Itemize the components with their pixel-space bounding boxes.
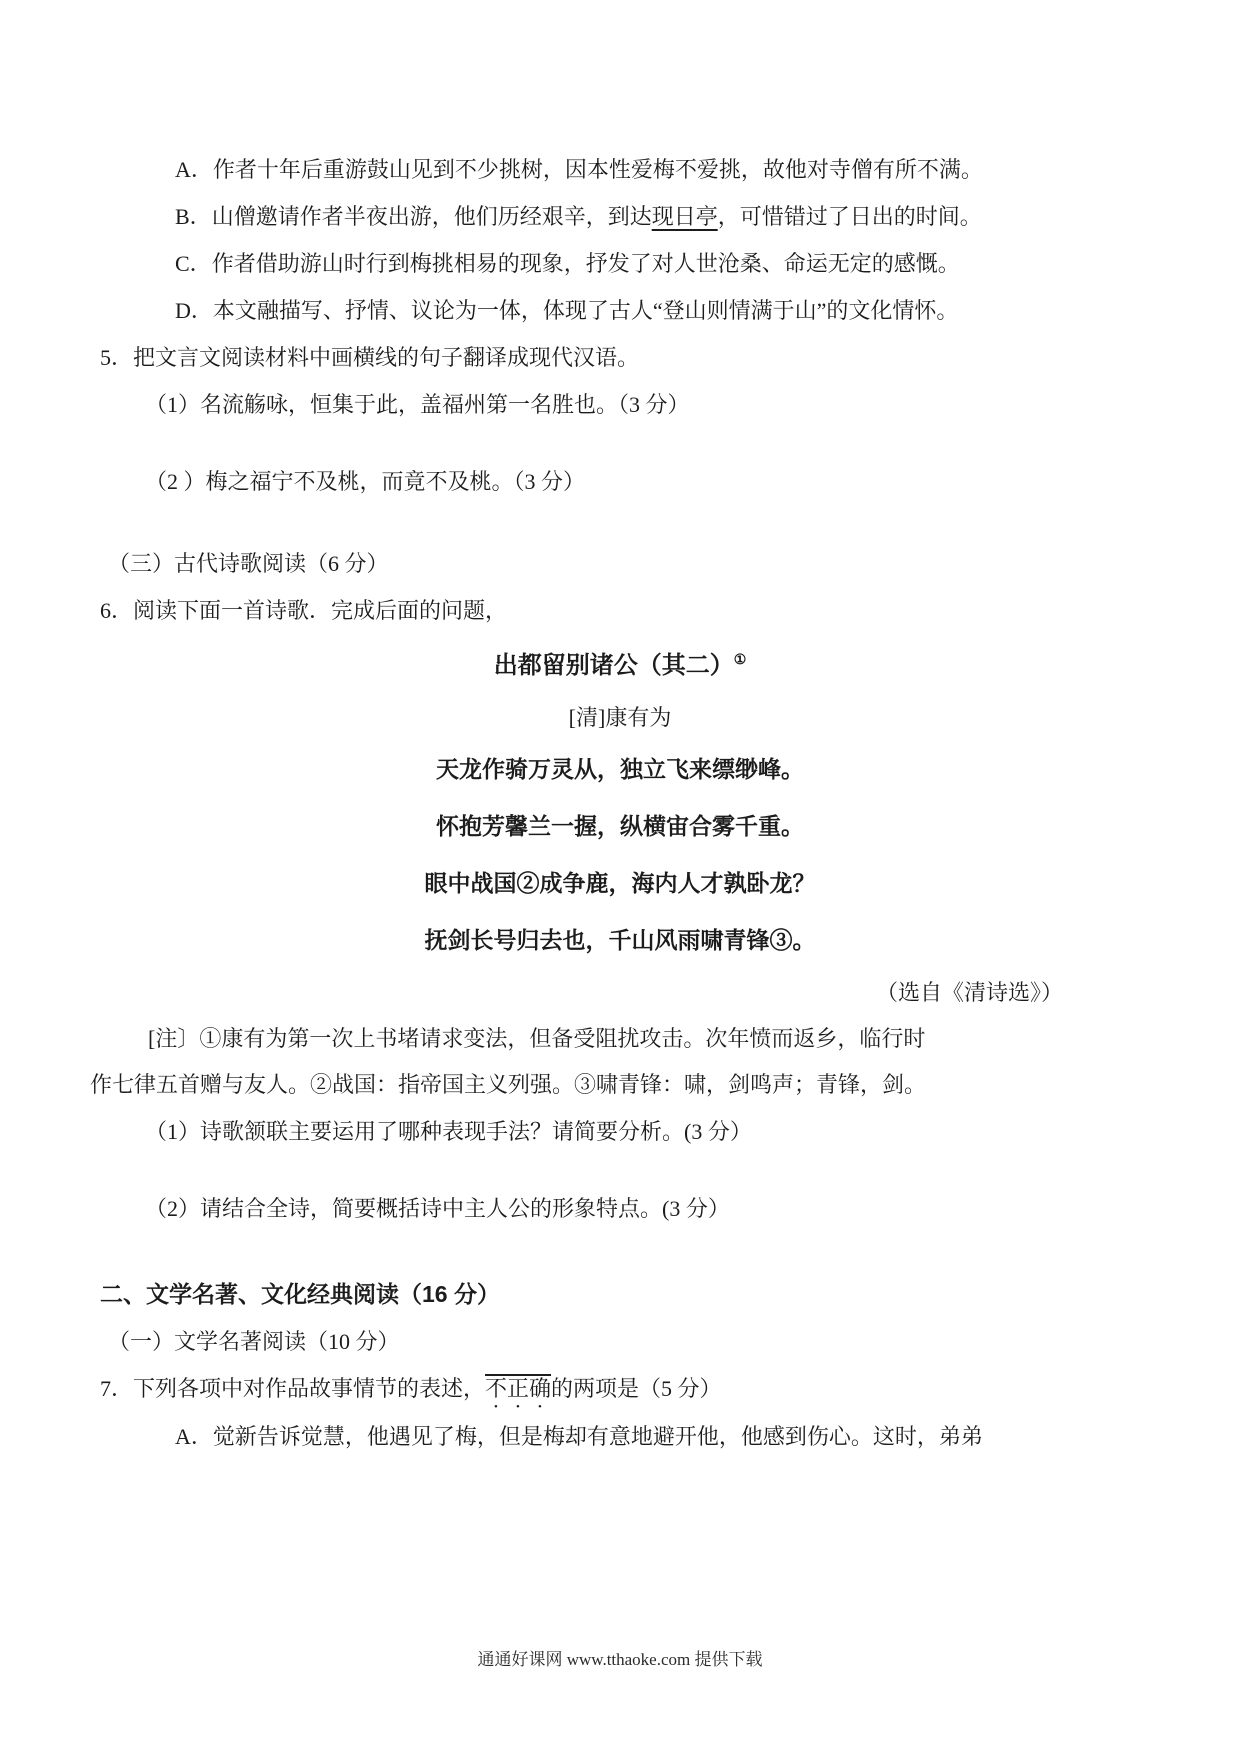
poem-title: 出都留别诸公（其二）① [100,636,1140,689]
question-5-sub2: （2 ）梅之福宁不及桃，而竟不及桃。（3 分） [100,458,1140,505]
choice-c-label: C． [175,251,212,276]
poem-author: [清]康有为 [100,694,1140,741]
question-7-emphasized: 不正确 [485,1376,551,1401]
poem-line-3: 眼中战国②成争鹿，海内人才孰卧龙？ [100,855,1140,912]
choice-c: C．作者借助游山时行到梅挑相易的现象，抒发了对人世沧桑、命运无定的感慨。 [100,240,1140,287]
question-7-post: 的两项是（5 分） [551,1376,722,1401]
poem-line-1: 天龙作骑万灵从，独立飞来缥缈峰。 [100,741,1140,798]
choice-b-label: B． [175,204,212,229]
choice-a-label: A． [175,157,213,182]
exam-page: A．作者十年后重游鼓山见到不少挑树，因本性爱梅不爱挑，故他对寺僧有所不满。 B．… [0,0,1240,1460]
choice-b-text: 山僧邀请作者半夜出游，他们历经艰辛，到达 [212,204,652,229]
section-3-heading: （三）古代诗歌阅读（6 分） [100,540,1140,587]
poem-title-note-ref: ① [734,651,747,667]
poem-title-text: 出都留别诸公（其二） [494,652,734,679]
choice-d: D．本文融描写、抒情、议论为一体，体现了古人“登山则情满于山”的文化情怀。 [100,287,1140,334]
poem-line-4: 抚剑长号归去也，千山风雨啸青锋③。 [100,912,1140,969]
choice-b: B．山僧邀请作者半夜出游，他们历经艰辛，到达现日亭，可惜错过了日出的时间。 [100,193,1140,240]
choice-d-label: D． [175,298,213,323]
question-7-choice-a: A．觉新告诉觉慧，他遇见了梅，但是梅却有意地避开他，他感到伤心。这时，弟弟 [100,1413,1140,1460]
section-2-heading: 二、文学名著、文化经典阅读（16 分） [100,1270,1140,1318]
poem-note-line-2: 作七律五首赠与友人。②战国：指帝国主义列强。③啸青锋：啸，剑鸣声；青锋，剑。 [90,1062,1140,1108]
choice-a-text: 作者十年后重游鼓山见到不少挑树，因本性爱梅不爱挑，故他对寺僧有所不满。 [213,157,983,182]
choice-a: A．作者十年后重游鼓山见到不少挑树，因本性爱梅不爱挑，故他对寺僧有所不满。 [100,146,1140,193]
question-6-sub1: （1）诗歌颔联主要运用了哪种表现手法？请简要分析。(3 分） [100,1108,1140,1155]
question-5-sub1: （1）名流觞咏，恒集于此，盖福州第一名胜也。（3 分） [100,381,1140,428]
question-7-pre: 7．下列各项中对作品故事情节的表述， [100,1376,485,1401]
poem-line-2: 怀抱芳馨兰一握，纵横宙合雾千重。 [100,798,1140,855]
footer-text: 通通好课网 www.tthaoke.com 提供下载 [0,1645,1240,1670]
question-5: 5．把文言文阅读材料中画横线的句子翻译成现代汉语。 [100,334,1140,381]
poem-note-line-1: [注〕①康有为第一次上书堵请求变法，但备受阻扰攻击。次年愤而返乡，临行时 [100,1016,1140,1062]
choice-b-text-post: ，可惜错过了日出的时间。 [718,204,982,229]
question-6: 6．阅读下面一首诗歌．完成后面的问题， [100,587,1140,634]
choice-b-underlined: 现日亭 [652,204,718,229]
choice-c-text: 作者借助游山时行到梅挑相易的现象，抒发了对人世沧桑、命运无定的感慨。 [212,251,960,276]
question-7: 7．下列各项中对作品故事情节的表述，不正确的两项是（5 分） [100,1365,1140,1413]
section-2-sub-heading: （一）文学名著阅读（10 分） [100,1318,1140,1365]
choice-d-text: 本文融描写、抒情、议论为一体，体现了古人“登山则情满于山”的文化情怀。 [213,298,959,323]
question-6-sub2: （2）请结合全诗，简要概括诗中主人公的形象特点。(3 分） [100,1185,1140,1232]
poem-source: （选自《清诗选》） [100,969,1140,1016]
